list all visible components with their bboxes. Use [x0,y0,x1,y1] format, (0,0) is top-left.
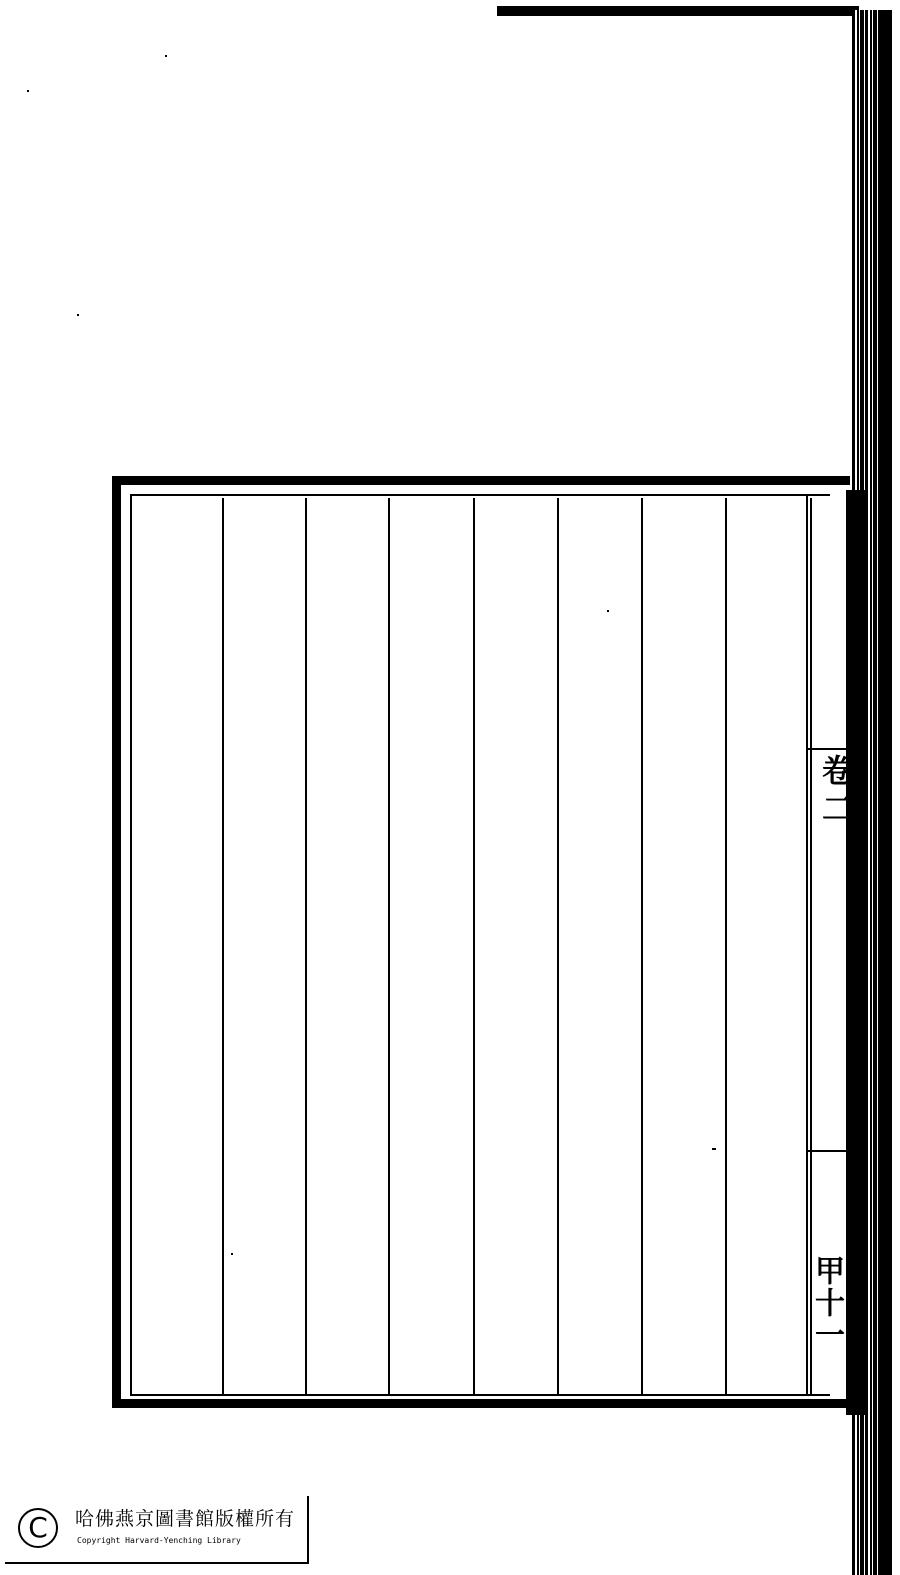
column-rule-line [725,498,727,1394]
scan-speck [27,90,29,92]
volume-label: 卷二 [822,754,852,830]
copyright-icon: C [18,1508,58,1548]
column-rule-line [473,498,475,1394]
book-spine-edge [878,10,892,1575]
copyright-stamp: C 哈佛燕京圖書館版權所有 Copyright Harvard-Yenching… [5,1496,309,1564]
adjacent-page-top-edge [497,6,859,16]
column-rule-line [557,498,559,1394]
column-rule-line [641,498,643,1394]
copyright-english: Copyright Harvard-Yenching Library [77,1536,241,1545]
column-rule-line [222,498,224,1394]
column-rule-line [388,498,390,1394]
column-rule-line [305,498,307,1394]
scan-speck [165,55,167,57]
page-number-label: 甲十一 [806,1255,842,1351]
copyright-chinese: 哈佛燕京圖書館版權所有 [75,1504,295,1531]
scan-speck [77,314,79,316]
